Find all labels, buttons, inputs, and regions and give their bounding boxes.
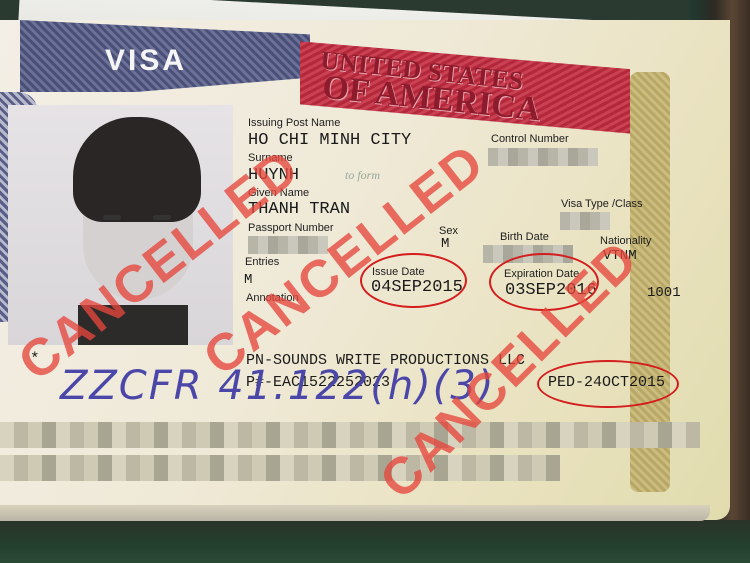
visa-type-label: Visa Type /Class [561, 198, 643, 210]
birth-date-label: Birth Date [500, 231, 549, 243]
sex-value: M [441, 236, 449, 252]
entries-label: Entries [245, 256, 279, 268]
mrz-line-2-redacted [0, 455, 560, 481]
mrz-line-1-redacted [0, 422, 700, 448]
photo-eye [103, 215, 121, 220]
watermark-text: to form [345, 168, 380, 183]
entries-value: M [244, 272, 252, 288]
issuing-post-label: Issuing Post Name [248, 117, 340, 129]
passport-number-label: Passport Number [248, 222, 334, 234]
code-1001: 1001 [647, 285, 681, 301]
page-edge [0, 505, 710, 521]
ped-highlight [537, 360, 679, 408]
background-table [0, 520, 750, 563]
visa-type-redacted [560, 212, 610, 230]
control-number-redacted [488, 148, 598, 166]
photo-hair [73, 117, 201, 222]
visa-header-word: VISA [105, 44, 187, 78]
handwritten-notation: ZZCFR 41.122(h)(3) [60, 363, 495, 409]
control-number-label: Control Number [491, 133, 569, 145]
